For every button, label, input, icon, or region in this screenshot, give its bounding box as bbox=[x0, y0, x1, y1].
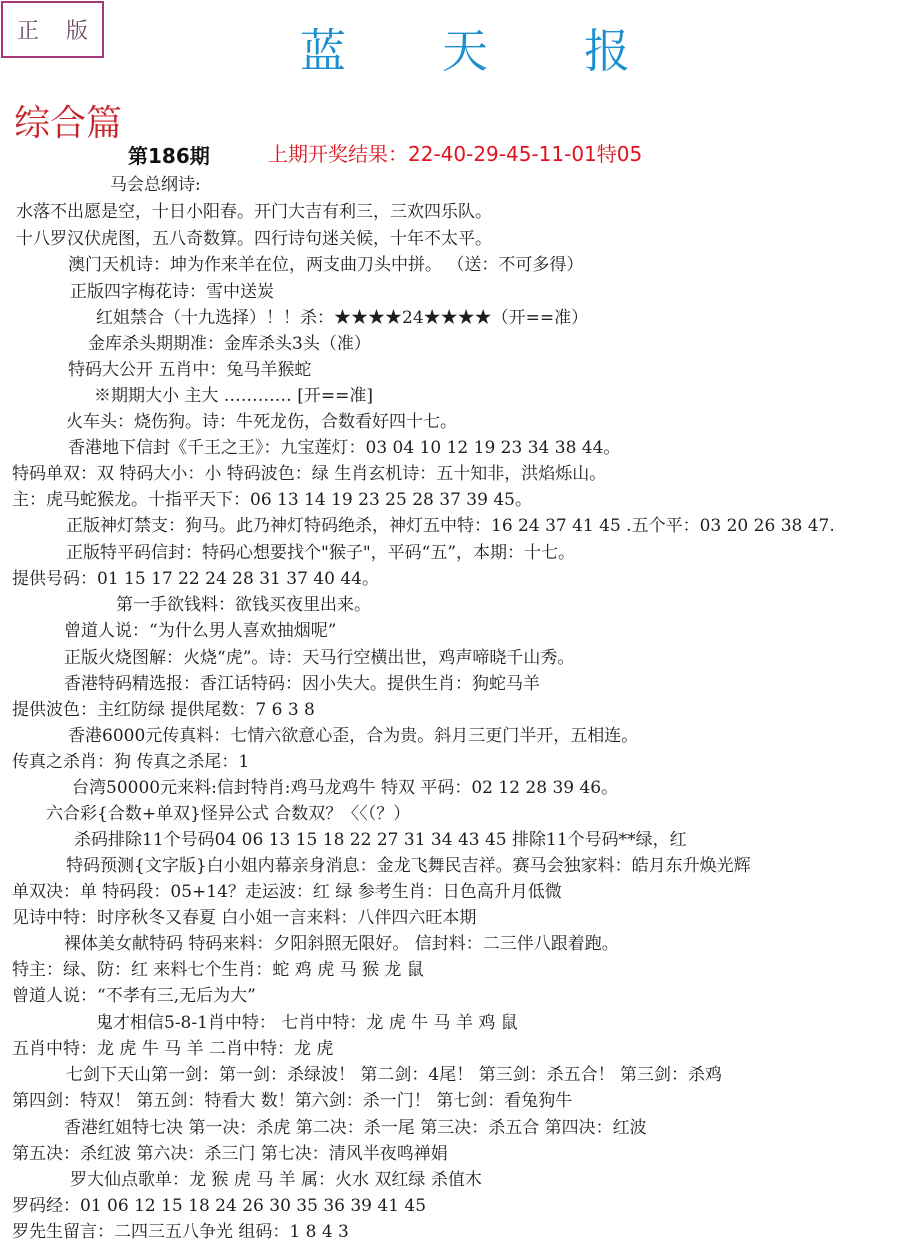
text-line: 香港红姐特七决 第一决：杀虎 第二决：杀一尾 第三决：杀五合 第四决：红波 bbox=[64, 1117, 647, 1139]
text-line: 罗先生留言：二四三五八争光 组码：1 8 4 3 bbox=[12, 1221, 349, 1243]
last-draw-result: 上期开奖结果：22-40-29-45-11-01特05 bbox=[268, 138, 642, 167]
text-line: 传真之杀肖：狗 传真之杀尾：1 bbox=[12, 751, 249, 773]
text-line: 六合彩{合数+单双}怪异公式 合数双？〈〈（？） bbox=[46, 803, 410, 825]
text-line: 提供号码：01 15 17 22 24 28 31 37 40 44。 bbox=[12, 568, 379, 590]
text-line: 见诗中特：时序秋冬又春夏 白小姐一言来料：八伴四六旺本期 bbox=[12, 907, 476, 929]
text-line: 裸体美女献特码 特码来料：夕阳斜照无限好。 信封料：二三伴八跟着跑。 bbox=[64, 933, 619, 955]
section-heading: 综合篇 bbox=[14, 95, 122, 146]
text-line: 第一手欲钱料：欲钱买夜里出来。 bbox=[116, 594, 371, 616]
text-line: 七剑下天山第一剑：第一剑：杀绿波！ 第二剑：4尾！ 第三剑：杀五合！ 第三剑：杀… bbox=[66, 1064, 722, 1086]
text-line: 正版神灯禁支：狗马。此乃神灯特码绝杀，神灯五中特：16 24 37 41 45 … bbox=[66, 515, 835, 537]
text-line: 十八罗汉伏虎图，五八奇数算。四行诗句迷关候，十年不太平。 bbox=[16, 228, 492, 250]
newspaper-title: 蓝 天 报 bbox=[300, 18, 630, 78]
text-line: 罗码经：01 06 12 15 18 24 26 30 35 36 39 41 … bbox=[12, 1195, 426, 1217]
text-line: 香港特码精选报：香江话特码：因小失大。提供生肖：狗蛇马羊 bbox=[64, 673, 540, 695]
text-line: 香港地下信封《千王之王》：九宝莲灯：03 04 10 12 19 23 34 3… bbox=[68, 437, 620, 459]
text-line: 曾道人说：“为什么男人喜欢抽烟呢” bbox=[64, 620, 336, 642]
text-line: 澳门天机诗：坤为作来羊在位，两支曲刀头中拼。 （送：不可多得） bbox=[68, 254, 583, 276]
title-char-3: 报 bbox=[584, 15, 630, 81]
text-line: 正版火烧图解：火烧“虎”。诗：天马行空横出世，鸡声啼晓千山秀。 bbox=[64, 647, 574, 669]
text-line: 马会总纲诗: bbox=[110, 174, 201, 196]
title-char-2: 天 bbox=[442, 15, 488, 81]
text-line: 水落不出愿是空，十日小阳春。开门大吉有利三，三欢四乐队。 bbox=[16, 201, 492, 223]
text-line: ※期期大小 主大 ………… [开==准] bbox=[94, 385, 373, 407]
text-line: 特码预测{文字版}白小姐内幕亲身消息：金龙飞舞民吉祥。赛马会独家料：皓月东升焕光… bbox=[66, 855, 751, 877]
text-line: 红姐禁合（十九选择）！！杀：★★★★24★★★★（开==准） bbox=[96, 307, 588, 329]
text-line: 特码单双：双 特码大小：小 特码波色：绿 生肖玄机诗：五十知非，洪焰烁山。 bbox=[12, 463, 606, 485]
title-char-1: 蓝 bbox=[300, 15, 346, 81]
text-line: 第四剑：特双！ 第五剑：特看大 数！第六剑：杀一门！ 第七剑：看兔狗牛 bbox=[12, 1090, 572, 1112]
text-line: 第五决：杀红波 第六决：杀三门 第七决：清风半夜鸣禅娟 bbox=[12, 1143, 448, 1165]
text-line: 提供波色：主红防绿 提供尾数：7 6 3 8 bbox=[12, 699, 315, 721]
text-line: 鬼才相信5-8-1肖中特： 七肖中特：龙 虎 牛 马 羊 鸡 鼠 bbox=[96, 1012, 518, 1034]
text-line: 火车头：烧伤狗。诗：牛死龙伤，合数看好四十七。 bbox=[66, 411, 457, 433]
text-line: 杀码排除11个号码04 06 13 15 18 22 27 31 34 43 4… bbox=[74, 829, 687, 851]
text-line: 曾道人说：“不孝有三,无后为大” bbox=[12, 985, 256, 1007]
text-line: 香港6000元传真料：七情六欲意心歪，合为贵。斜月三更门半开，五相连。 bbox=[68, 725, 638, 747]
text-line: 金库杀头期期准：金库杀头3头（准） bbox=[88, 333, 371, 355]
authentic-badge: 正 版 bbox=[1, 1, 104, 58]
text-line: 罗大仙点歌单：龙 猴 虎 马 羊 属：火水 双红绿 杀值木 bbox=[70, 1169, 482, 1191]
text-line: 单双决：单 特码段：05+14？走运波：红 绿 参考生肖：日色高升月低微 bbox=[12, 881, 562, 903]
text-line: 五肖中特：龙 虎 牛 马 羊 二肖中特：龙 虎 bbox=[12, 1038, 333, 1060]
badge-char-1: 正 bbox=[17, 14, 39, 45]
text-line: 特码大公开 五肖中：兔马羊猴蛇 bbox=[68, 359, 311, 381]
badge-char-2: 版 bbox=[66, 14, 88, 45]
text-line: 特主：绿、防：红 来料七个生肖：蛇 鸡 虎 马 猴 龙 鼠 bbox=[12, 959, 424, 981]
text-line: 台湾50000元来料:信封特肖:鸡马龙鸡牛 特双 平码：02 12 28 39 … bbox=[72, 777, 618, 799]
issue-number: 第186期 bbox=[128, 140, 210, 169]
text-line: 正版四字梅花诗：雪中送炭 bbox=[70, 281, 274, 303]
text-line: 正版特平码信封：特码心想要找个"猴子"，平码“五”，本期：十七。 bbox=[66, 542, 575, 564]
text-line: 主：虎马蛇猴龙。十指平天下：06 13 14 19 23 25 28 37 39… bbox=[12, 489, 532, 511]
